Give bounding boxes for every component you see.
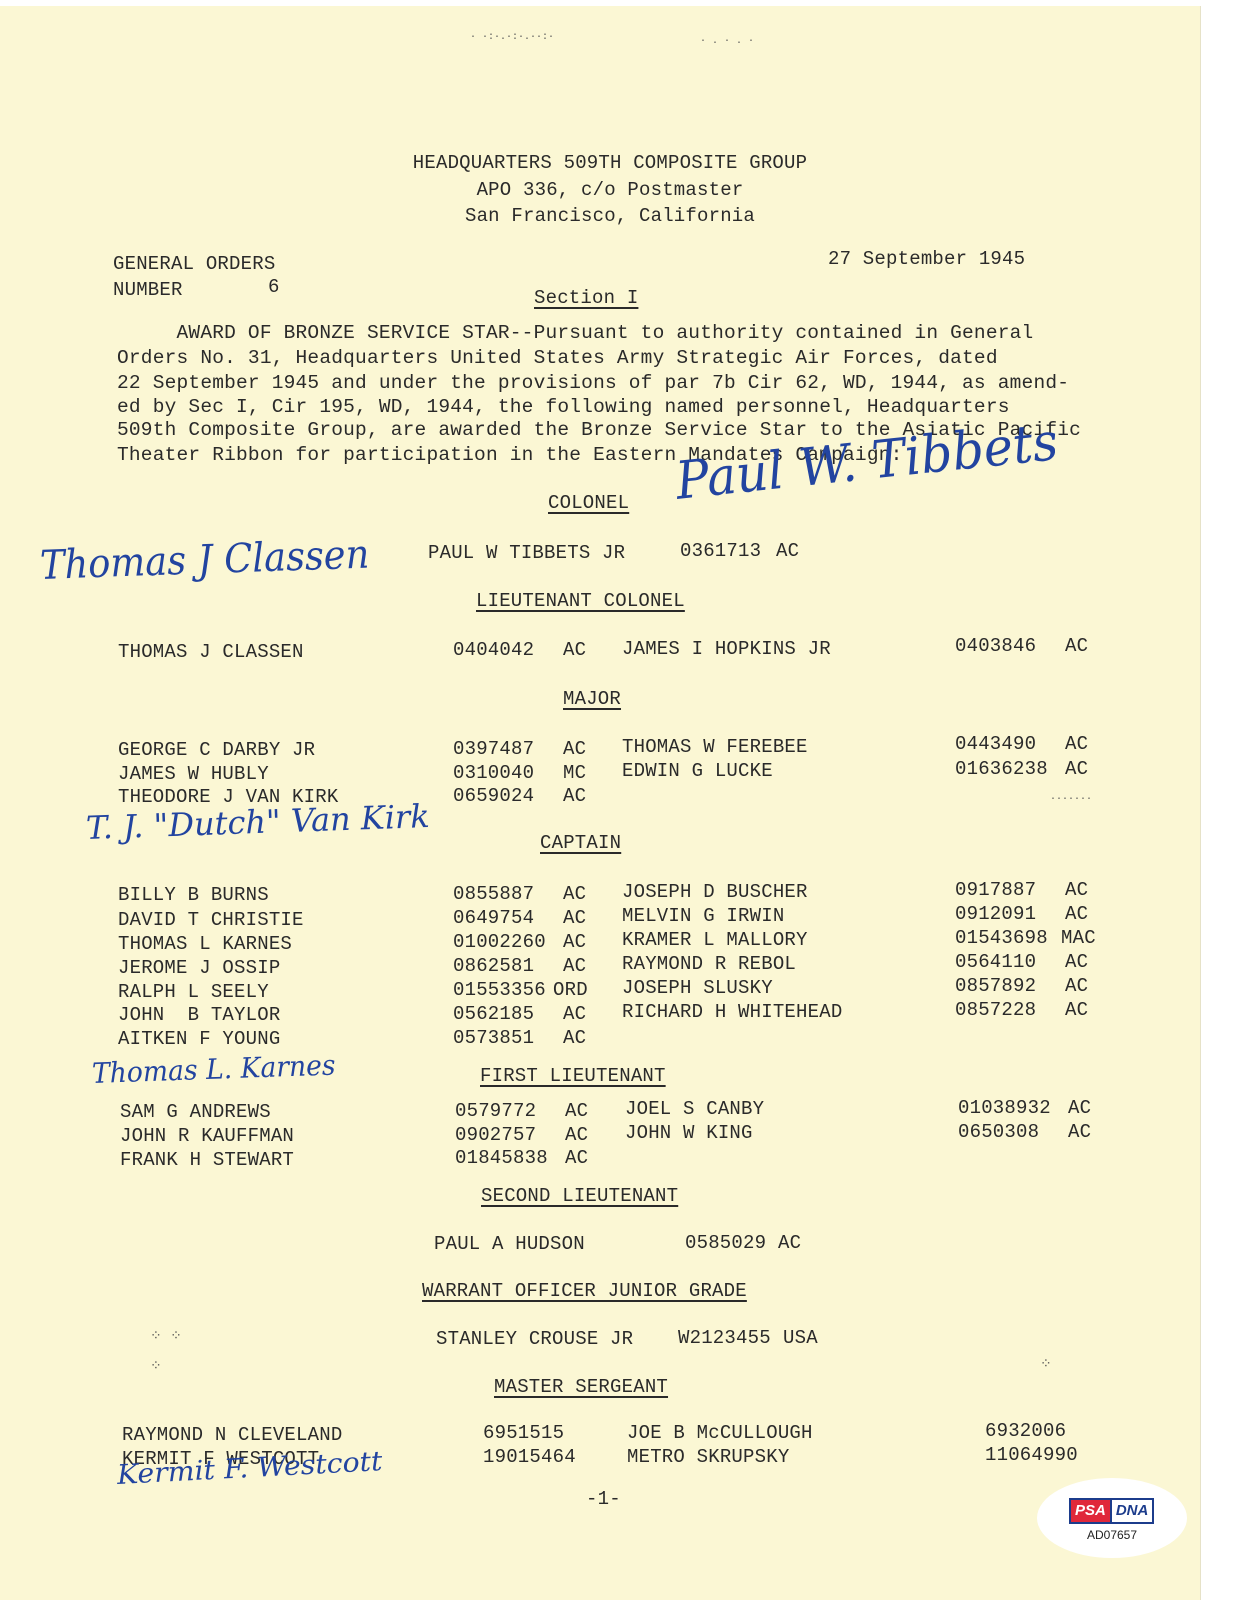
entry-name: STANLEY CROUSE JR xyxy=(436,1330,633,1349)
rank-heading-master-sergeant: MASTER SERGEANT xyxy=(494,1378,668,1397)
entry-serial: 0912091 xyxy=(955,905,1036,924)
entry-branch: AC xyxy=(1065,881,1088,900)
entry-name: RICHARD H WHITEHEAD xyxy=(622,1003,842,1022)
entry-serial: 6951515 xyxy=(483,1424,564,1443)
entry-branch: AC xyxy=(563,957,586,976)
entry-branch: MAC xyxy=(1061,929,1096,948)
dna-logo-text: DNA xyxy=(1110,1500,1153,1522)
entry-serial: 0564110 xyxy=(955,953,1036,972)
entry-name: JOEL S CANBY xyxy=(625,1100,764,1119)
scan-artifact: ⁘ xyxy=(1040,1356,1052,1373)
entry-branch: AC xyxy=(563,740,586,759)
entry-name: JOHN R KAUFFMAN xyxy=(120,1127,294,1146)
header-apo: APO 336, c/o Postmaster xyxy=(350,181,870,200)
entry-name: JOHN W KING xyxy=(625,1124,753,1143)
entry-branch: AC xyxy=(563,787,586,806)
rank-heading-second-lieutenant: SECOND LIEUTENANT xyxy=(481,1187,678,1206)
psa-dna-logo: PSA DNA xyxy=(1069,1498,1154,1524)
entry-serial: 0659024 xyxy=(453,787,534,806)
entry-serial: 0403846 xyxy=(955,637,1036,656)
page-number: -1- xyxy=(586,1490,621,1509)
entry-serial: 0310040 xyxy=(453,764,534,783)
entry-serial: 0404042 xyxy=(453,641,534,660)
psa-logo-text: PSA xyxy=(1071,1500,1110,1522)
entry-serial: W2123455 xyxy=(678,1329,771,1348)
scan-artifact: ······· xyxy=(1050,794,1092,805)
rank-heading-first-lieutenant: FIRST LIEUTENANT xyxy=(480,1067,666,1086)
signature-classen: Thomas J Classen xyxy=(39,535,370,586)
entry-serial: 0361713 xyxy=(680,542,761,561)
entry-serial: 01553356 xyxy=(453,981,546,1000)
entry-branch: AC xyxy=(563,909,586,928)
entry-branch: AC xyxy=(1068,1099,1091,1118)
entry-serial: 0917887 xyxy=(955,881,1036,900)
scan-artifact: ⁘ xyxy=(150,1358,162,1375)
entry-serial: 01038932 xyxy=(958,1099,1051,1118)
entry-serial: 01543698 xyxy=(955,929,1048,948)
entry-branch: AC xyxy=(563,1005,586,1024)
entry-name: JAMES W HUBLY xyxy=(118,765,269,784)
entry-branch: AC xyxy=(1065,735,1088,754)
entry-serial: 0902757 xyxy=(455,1126,536,1145)
scan-artifact: ⁘ ⁘ xyxy=(150,1328,182,1345)
entry-serial: 0397487 xyxy=(453,740,534,759)
entry-serial: 0650308 xyxy=(958,1123,1039,1142)
rank-heading-captain: CAPTAIN xyxy=(540,834,621,853)
entry-serial: 19015464 xyxy=(483,1448,576,1467)
entry-name: KRAMER L MALLORY xyxy=(622,931,808,950)
entry-name: JAMES I HOPKINS JR xyxy=(622,640,831,659)
entry-name: JOSEPH SLUSKY xyxy=(622,979,773,998)
entry-serial: 0573851 xyxy=(453,1029,534,1048)
entry-name: RAYMOND N CLEVELAND xyxy=(122,1426,342,1445)
entry-branch: AC xyxy=(776,542,799,561)
entry-serial: 0649754 xyxy=(453,909,534,928)
entry-name: JOSEPH D BUSCHER xyxy=(622,883,808,902)
entry-serial: 0443490 xyxy=(955,735,1036,754)
entry-serial: 0857892 xyxy=(955,977,1036,996)
entry-name: DAVID T CHRISTIE xyxy=(118,911,304,930)
header-org: HEADQUARTERS 509TH COMPOSITE GROUP xyxy=(350,154,870,173)
entry-branch: AC xyxy=(563,933,586,952)
entry-name: JEROME J OSSIP xyxy=(118,959,280,978)
section-title: Section I xyxy=(534,289,638,308)
entry-branch: AC xyxy=(563,1029,586,1048)
entry-serial: 01845838 xyxy=(455,1149,548,1168)
entry-serial: 01002260 xyxy=(453,933,546,952)
body-line: 22 September 1945 and under the provisio… xyxy=(117,374,1069,394)
signature-karnes: Thomas L. Karnes xyxy=(92,1052,336,1088)
rank-heading-warrant-officer: WARRANT OFFICER JUNIOR GRADE xyxy=(422,1282,747,1301)
entry-name: AITKEN F YOUNG xyxy=(118,1030,280,1049)
number-label: NUMBER xyxy=(113,281,183,300)
scan-artifact: · . · . · xyxy=(700,36,754,47)
rank-heading-lieutenant-colonel: LIEUTENANT COLONEL xyxy=(476,592,685,611)
order-number: 6 xyxy=(268,278,280,297)
entry-name: FRANK H STEWART xyxy=(120,1151,294,1170)
entry-name: METRO SKRUPSKY xyxy=(627,1448,789,1467)
entry-branch: AC xyxy=(565,1126,588,1145)
entry-serial: 0579772 xyxy=(455,1102,536,1121)
entry-name: RALPH L SEELY xyxy=(118,983,269,1002)
entry-branch: MC xyxy=(563,764,586,783)
entry-branch: AC xyxy=(1065,905,1088,924)
body-line: Orders No. 31, Headquarters United State… xyxy=(117,349,998,369)
entry-branch: ORD xyxy=(553,981,588,1000)
entry-branch: AC xyxy=(563,885,586,904)
entry-name: RAYMOND R REBOL xyxy=(622,955,796,974)
entry-branch: USA xyxy=(783,1329,818,1348)
entry-name: EDWIN G LUCKE xyxy=(622,762,773,781)
entry-name: PAUL A HUDSON xyxy=(434,1235,585,1254)
entry-name: THOMAS W FEREBEE xyxy=(622,738,808,757)
entry-name: THOMAS J CLASSEN xyxy=(118,643,304,662)
order-date: 27 September 1945 xyxy=(828,250,1025,269)
entry-branch: AC xyxy=(565,1102,588,1121)
body-line: AWARD OF BRONZE SERVICE STAR--Pursuant t… xyxy=(117,324,1033,344)
entry-serial: 0862581 xyxy=(453,957,534,976)
entry-branch: AC xyxy=(1065,1001,1088,1020)
entry-serial: 0857228 xyxy=(955,1001,1036,1020)
entry-branch: AC xyxy=(563,641,586,660)
entry-name: BILLY B BURNS xyxy=(118,886,269,905)
authentication-sticker: PSA DNA AD07657 xyxy=(1037,1478,1187,1558)
entry-branch: AC xyxy=(1065,760,1088,779)
entry-branch: AC xyxy=(1065,977,1088,996)
entry-serial: 0585029 xyxy=(685,1234,766,1253)
rank-heading-major: MAJOR xyxy=(563,690,621,709)
entry-name: PAUL W TIBBETS JR xyxy=(428,544,625,563)
entry-name: THOMAS L KARNES xyxy=(118,935,292,954)
entry-branch: AC xyxy=(1068,1123,1091,1142)
entry-name: JOE B McCULLOUGH xyxy=(627,1424,813,1443)
entry-serial: 6932006 xyxy=(985,1422,1066,1441)
general-orders-label: GENERAL ORDERS xyxy=(113,255,275,274)
entry-name: JOHN B TAYLOR xyxy=(118,1006,280,1025)
body-line: ed by Sec I, Cir 195, WD, 1944, the foll… xyxy=(117,398,1010,418)
entry-serial: 0855887 xyxy=(453,885,534,904)
scan-artifact: · ·:·.·:·.··:· xyxy=(470,32,554,43)
document-page: · ·:·.·:·.··:· · . · . · HEADQUARTERS 50… xyxy=(0,6,1201,1600)
entry-name: MELVIN G IRWIN xyxy=(622,907,784,926)
entry-serial: 11064990 xyxy=(985,1446,1078,1465)
entry-branch: AC xyxy=(1065,953,1088,972)
authentication-code: AD07657 xyxy=(1037,1528,1187,1542)
entry-serial: 0562185 xyxy=(453,1005,534,1024)
entry-branch: AC xyxy=(1065,637,1088,656)
entry-branch: AC xyxy=(565,1149,588,1168)
entry-name: SAM G ANDREWS xyxy=(120,1103,271,1122)
entry-name: GEORGE C DARBY JR xyxy=(118,741,315,760)
signature-van-kirk: T. J. "Dutch" Van Kirk xyxy=(85,800,430,844)
rank-heading-colonel: COLONEL xyxy=(548,494,629,513)
entry-branch: AC xyxy=(778,1234,801,1253)
header-city: San Francisco, California xyxy=(350,207,870,226)
entry-serial: 01636238 xyxy=(955,760,1048,779)
